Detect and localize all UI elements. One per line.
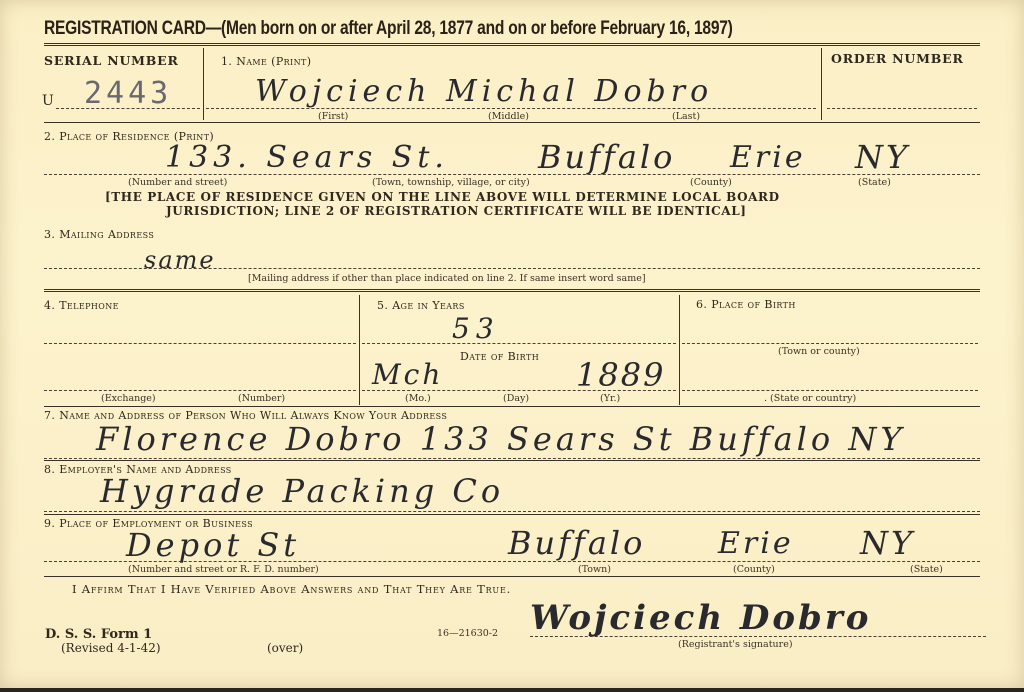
registrant-signature: Wojciech Dobro — [530, 598, 871, 638]
telephone-line-1 — [44, 343, 356, 344]
print-code: 16—21630-2 — [437, 628, 498, 639]
age-value: 53 — [452, 312, 500, 345]
residence-state-caption: (State) — [858, 177, 891, 188]
dob-year-caption: (Yr.) — [600, 393, 620, 404]
residence-street-caption: (Number and street) — [128, 177, 227, 188]
name-line — [206, 108, 816, 109]
residence-street-value: 133. Sears St. — [165, 140, 449, 175]
employer-value: Hygrade Packing Co — [100, 472, 504, 510]
dob-month-caption: (Mo.) — [405, 393, 431, 404]
birthplace-town-line — [682, 343, 978, 344]
serial-prefix: U — [42, 93, 54, 109]
employer-line — [44, 511, 980, 512]
residence-notice-line1: [THE PLACE OF RESIDENCE GIVEN ON THE LIN… — [105, 190, 780, 204]
employment-street-value: Depot St — [126, 526, 300, 564]
employment-county-value: Erie — [718, 526, 794, 561]
dob-month-value: Mch — [372, 358, 443, 391]
dob-line — [362, 390, 676, 391]
mailing-address-value: same — [144, 246, 216, 274]
employment-state-caption: (State) — [910, 564, 943, 575]
signature-caption: (Registrant's signature) — [678, 639, 793, 650]
name-first-caption: (First) — [318, 111, 348, 122]
telephone-number-caption: (Number) — [238, 393, 285, 404]
residence-town-value: Buffalo — [538, 138, 675, 176]
mailing-address-label: 3. Mailing Address — [44, 228, 154, 241]
divider — [203, 48, 204, 120]
residence-state-value: NY — [855, 138, 910, 176]
employment-street-caption: (Number and street or R. F. D. number) — [128, 564, 319, 575]
residence-county-caption: (County) — [690, 177, 732, 188]
birthplace-label: 6. Place of Birth — [696, 298, 796, 311]
serial-number-value: 2443 — [84, 76, 172, 111]
name-middle-caption: (Middle) — [488, 111, 529, 122]
residence-line — [44, 174, 980, 175]
employment-line — [44, 561, 980, 562]
contact-value: Florence Dobro 133 Sears St Buffalo NY — [96, 420, 905, 458]
residence-town-caption: (Town, township, village, or city) — [372, 177, 530, 188]
divider — [359, 295, 360, 405]
employment-state-value: NY — [860, 524, 915, 562]
row-rule — [44, 514, 980, 515]
row-rule — [44, 460, 980, 461]
divider — [821, 48, 822, 120]
form-revised: (Revised 4-1-42) — [61, 641, 161, 655]
name-label: 1. Name (Print) — [221, 55, 311, 68]
birthplace-state-line — [682, 390, 978, 391]
serial-line — [56, 108, 200, 109]
employment-town-caption: (Town) — [578, 564, 611, 575]
residence-county-value: Erie — [730, 140, 806, 175]
dob-label: Date of Birth — [460, 350, 539, 363]
dob-year-value: 1889 — [576, 356, 665, 394]
contact-line — [44, 458, 980, 459]
mailing-caption: [Mailing address if other than place ind… — [248, 273, 646, 284]
residence-notice-line2: JURISDICTION; LINE 2 OF REGISTRATION CER… — [166, 204, 747, 218]
row-rule — [44, 576, 980, 577]
birthplace-state-caption: . (State or country) — [764, 393, 856, 404]
serial-number-label: SERIAL NUMBER — [44, 53, 179, 68]
affirmation-text: I Affirm That I Have Verified Above Answ… — [72, 582, 511, 596]
age-label: 5. Age in Years — [377, 299, 465, 312]
signature-line — [530, 636, 986, 637]
row-rule — [44, 406, 980, 407]
dob-day-caption: (Day) — [503, 393, 529, 404]
order-number-line — [827, 108, 977, 109]
registration-card: REGISTRATION CARD—(Men born on or after … — [0, 0, 1024, 688]
card-title: REGISTRATION CARD—(Men born on or after … — [44, 18, 733, 40]
name-last-caption: (Last) — [672, 111, 700, 122]
telephone-label: 4. Telephone — [44, 299, 119, 312]
employment-county-caption: (County) — [733, 564, 775, 575]
name-value: Wojciech Michal Dobro — [255, 74, 713, 109]
telephone-line-2 — [44, 390, 356, 391]
title-rule — [44, 43, 980, 46]
employment-town-value: Buffalo — [508, 524, 645, 562]
birthplace-town-caption: (Town or county) — [778, 346, 860, 357]
form-name: D. S. S. Form 1 — [45, 627, 152, 642]
order-number-label: ORDER NUMBER — [831, 51, 964, 66]
row-rule — [44, 122, 980, 123]
form-over: (over) — [267, 641, 303, 655]
row-rule — [44, 289, 980, 292]
telephone-exchange-caption: (Exchange) — [101, 393, 156, 404]
divider — [679, 295, 680, 405]
mailing-line — [44, 268, 980, 269]
age-line — [362, 343, 676, 344]
